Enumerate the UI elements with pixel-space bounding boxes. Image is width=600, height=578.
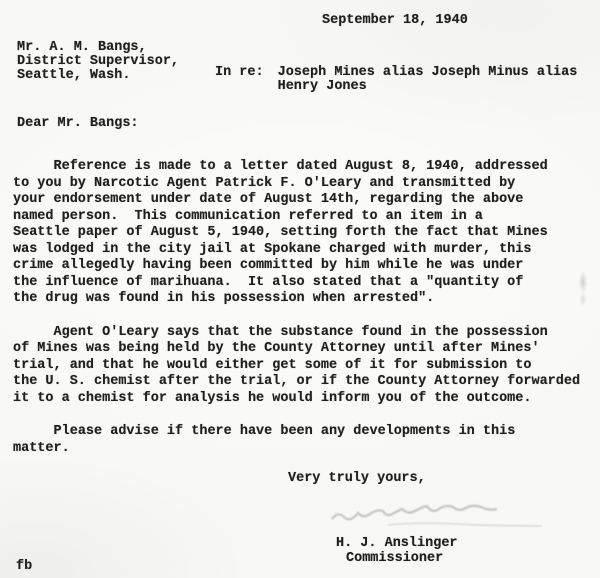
in-re-block: In re: Joseph Mines alias Joseph Minus a… [215,66,577,94]
salutation: Dear Mr. Bangs: [17,116,139,133]
signature-title: Commissioner [346,551,443,568]
letter-date: September 18, 1940 [322,13,468,30]
letter-body: Reference is made to a letter dated Augu… [13,159,593,474]
recipient-address: Mr. A. M. Bangs, District Supervisor, Se… [17,41,179,82]
typist-initials: fb [16,559,32,576]
in-re-subject: Joseph Mines alias Joseph Minus alias He… [278,66,578,94]
scan-smudge [578,272,588,306]
document-page: September 18, 1940 Mr. A. M. Bangs, Dist… [0,0,600,578]
body-paragraph-2: Agent O'Leary says that the substance fo… [13,325,593,408]
body-paragraph-1: Reference is made to a letter dated Augu… [13,159,593,308]
body-paragraph-3: Please advise if there have been any dev… [13,424,593,457]
signature-scribble-icon [328,501,548,529]
closing-valediction: Very truly yours, [288,471,426,488]
in-re-label: In re: [215,66,264,94]
